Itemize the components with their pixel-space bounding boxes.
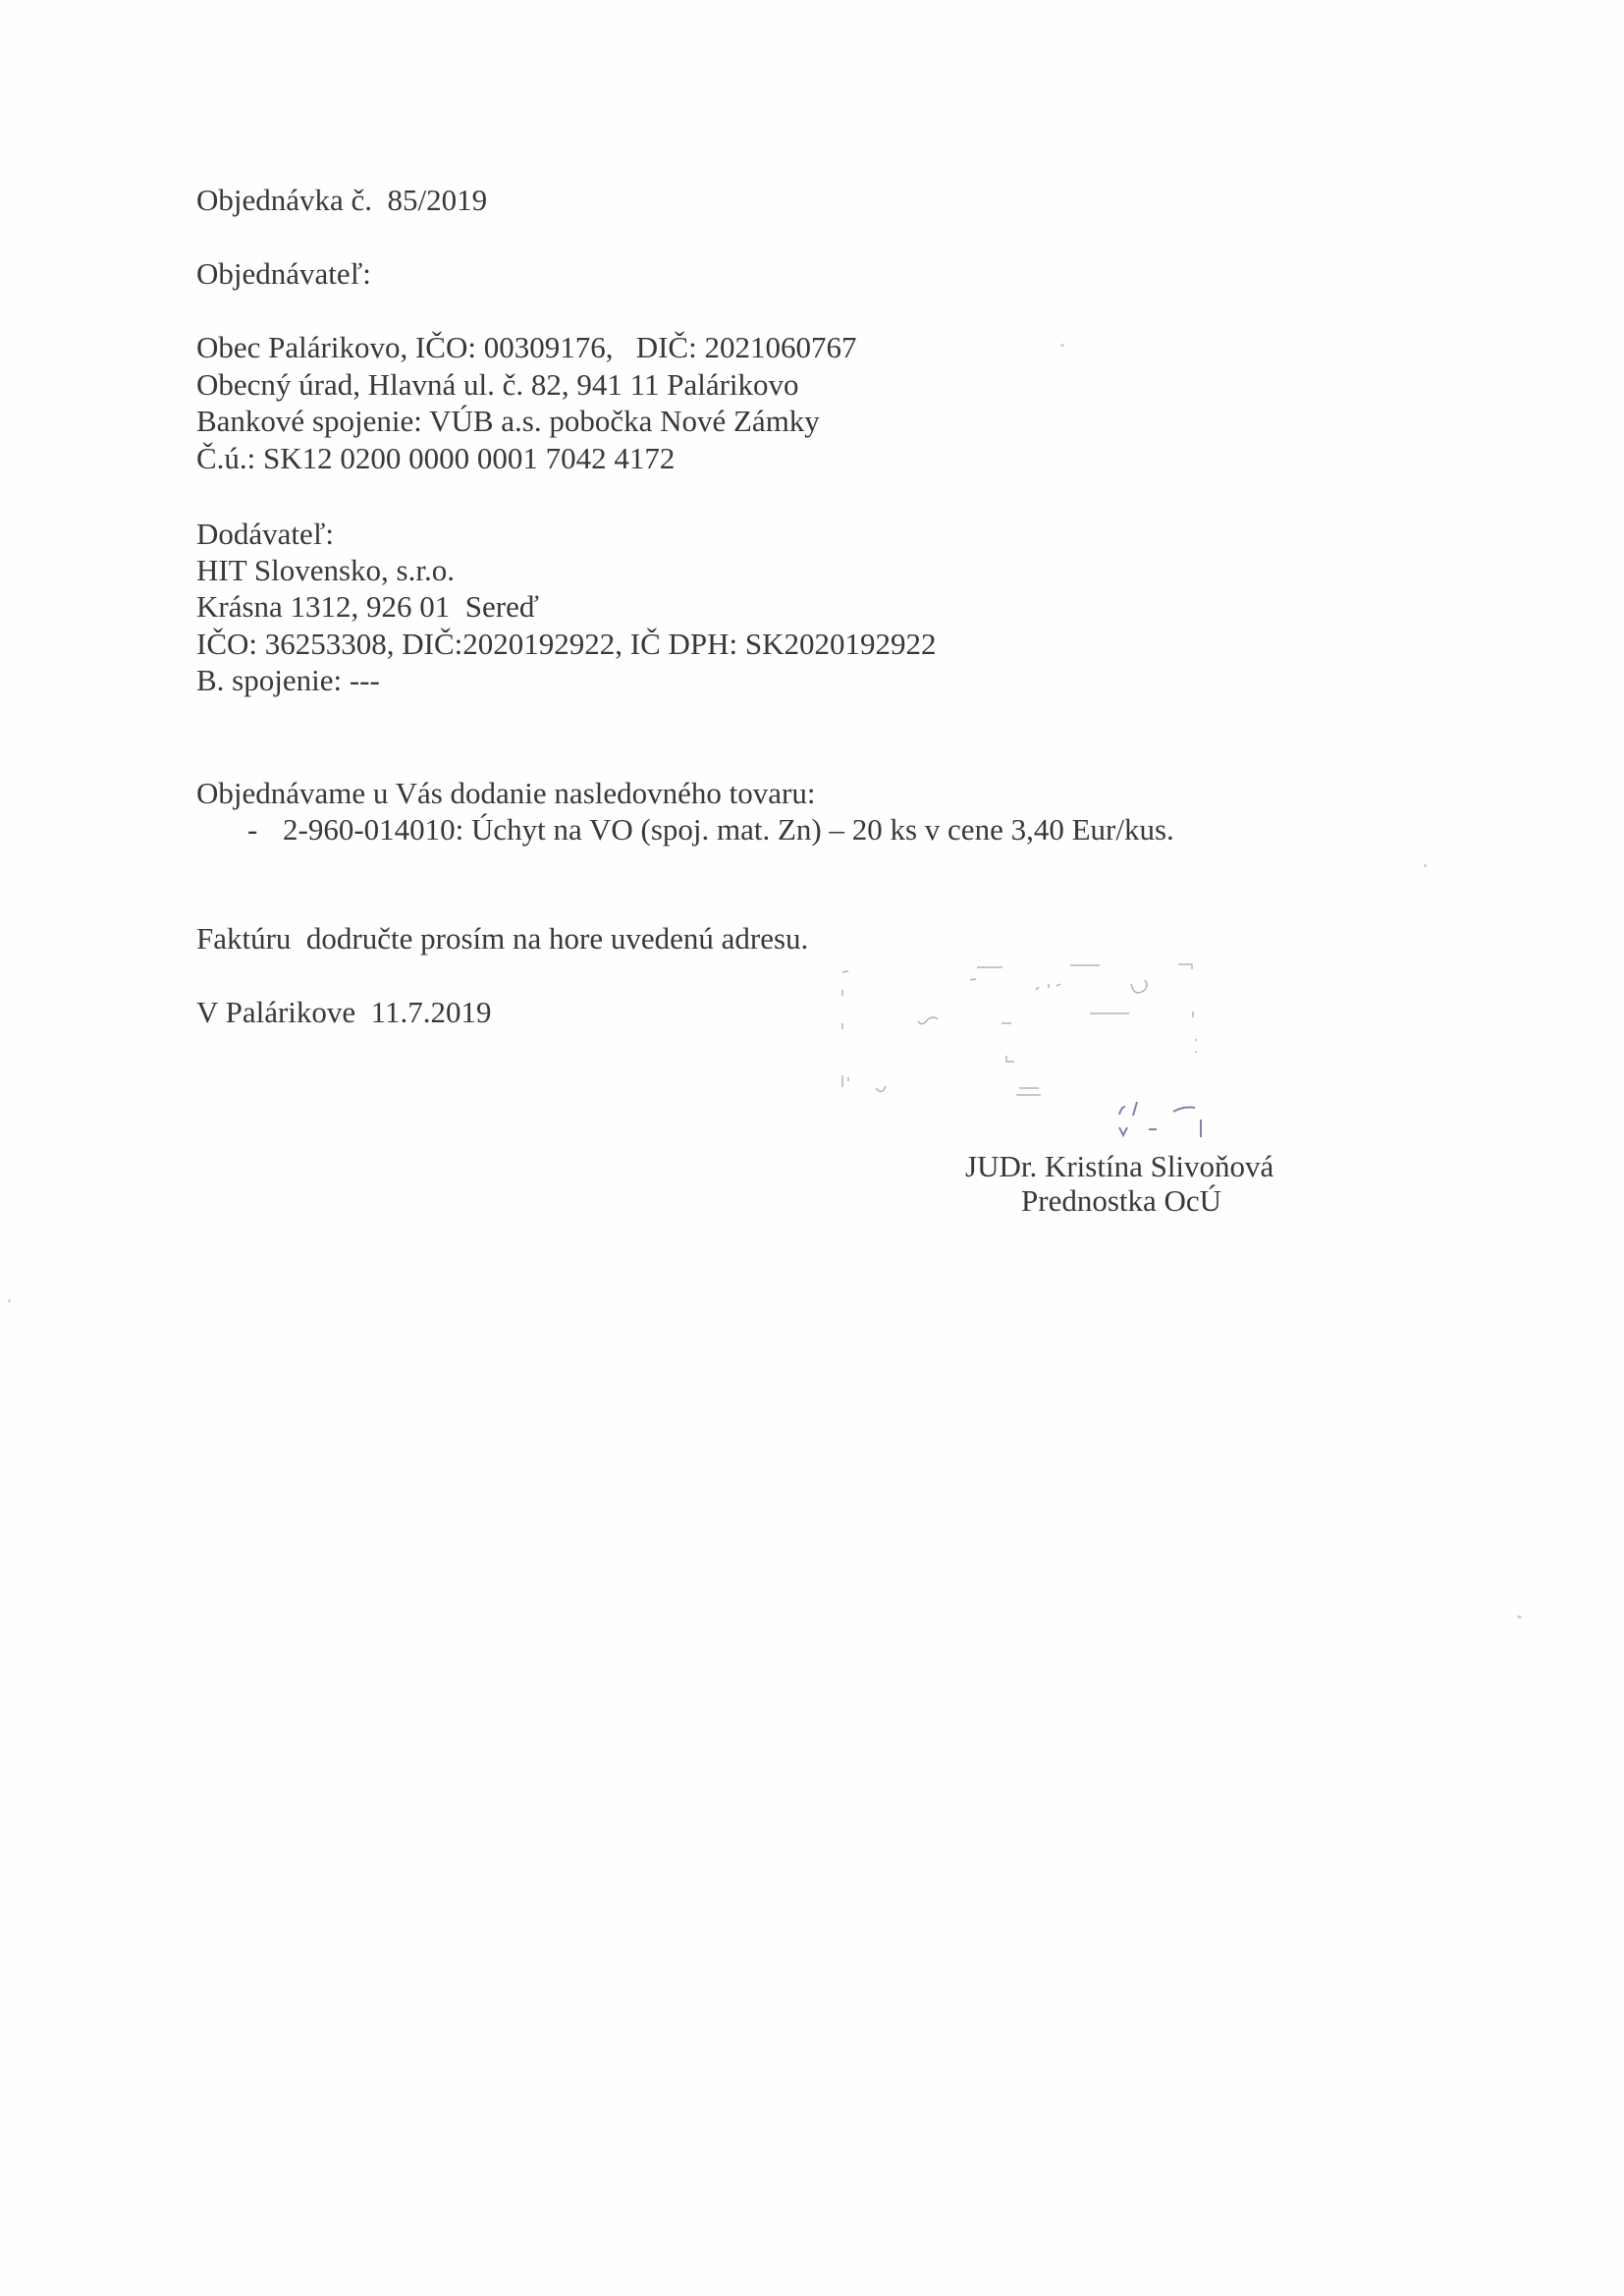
order-title: Objednávka č. 85/2019 xyxy=(196,185,487,215)
signatory-role: Prednostka OcÚ xyxy=(1021,1185,1221,1216)
order-item: 2-960-014010: Úchyt na VO (spoj. mat. Zn… xyxy=(283,814,1174,845)
invoice-note: Faktúru dodručte prosím na hore uvedenú … xyxy=(196,923,808,954)
supplier-line: IČO: 36253308, DIČ:2020192922, IČ DPH: S… xyxy=(196,629,937,659)
supplier-bank: B. spojenie: --- xyxy=(196,665,380,695)
order-intro: Objednávame u Vás dodanie nasledovného t… xyxy=(196,778,815,808)
order-item-bullet: - xyxy=(247,814,257,845)
orderer-line: Obecný úrad, Hlavná ul. č. 82, 941 11 Pa… xyxy=(196,369,799,400)
document-page: Objednávka č. 85/2019 Objednávateľ: Obec… xyxy=(0,0,1624,2296)
supplier-line: Krásna 1312, 926 01 Sereď xyxy=(196,591,539,622)
orderer-account: Č.ú.: SK12 0200 0000 0001 7042 4172 xyxy=(196,443,675,473)
scan-speck xyxy=(1060,344,1064,347)
orderer-line: Bankové spojenie: VÚB a.s. pobočka Nové … xyxy=(196,406,820,436)
orderer-heading: Objednávateľ: xyxy=(196,258,371,289)
supplier-heading: Dodávateľ: xyxy=(196,519,334,549)
place-date: V Palárikove 11.7.2019 xyxy=(196,997,492,1027)
signatory-name: JUDr. Kristína Slivoňová xyxy=(965,1151,1273,1181)
scan-speck xyxy=(1424,864,1427,867)
stamp-signature-mark xyxy=(825,943,1237,1139)
supplier-line: HIT Slovensko, s.r.o. xyxy=(196,555,455,585)
scan-speck xyxy=(8,1299,11,1302)
scan-speck xyxy=(1517,1615,1522,1618)
orderer-line: Obec Palárikovo, IČO: 00309176, DIČ: 202… xyxy=(196,332,856,362)
